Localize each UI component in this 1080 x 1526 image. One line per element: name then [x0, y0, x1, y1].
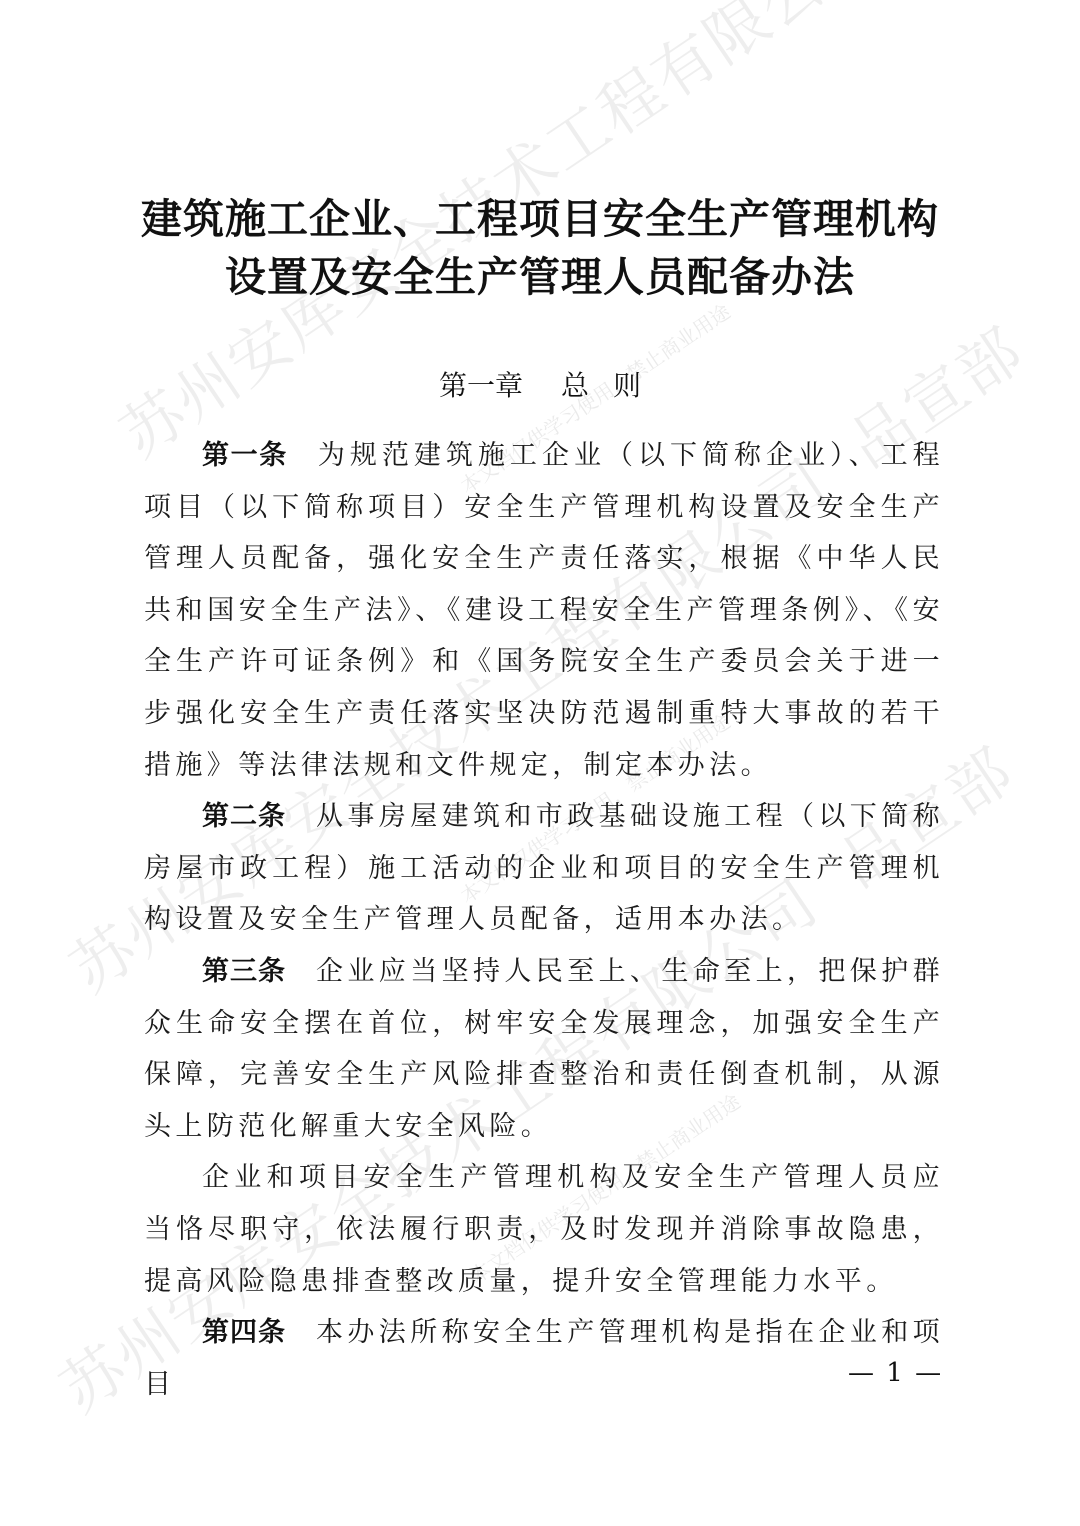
article-2: 第二条从事房屋建筑和市政基础设施工程（以下简称房屋市政工程）施工活动的企业和项目…: [144, 791, 944, 946]
document-title-line-2: 设置及安全生产管理人员配备办法: [0, 248, 1080, 306]
article-label: 第二条: [202, 801, 286, 832]
chapter-name-part-2: 则: [613, 369, 641, 402]
document-body: 第一条为规范建筑施工企业（以下简称企业）、工程项目（以下简称项目）安全生产管理机…: [144, 430, 944, 1410]
page-number: — 1 —: [848, 1358, 943, 1388]
document-title: 建筑施工企业、工程项目安全生产管理机构 设置及安全生产管理人员配备办法: [0, 190, 1080, 306]
paragraph-text: 企业和项目安全生产管理机构及安全生产管理人员应当恪尽职守，依法履行职责，及时发现…: [144, 1162, 944, 1296]
article-3: 第三条企业应当坚持人民至上、生命至上，把保护群众生命安全摆在首位，树牢安全发展理…: [144, 946, 944, 1152]
article-4: 第四条本办法所称安全生产管理机构是指在企业和项目: [144, 1307, 944, 1410]
article-text: 为规范建筑施工企业（以下简称企业）、工程项目（以下简称项目）安全生产管理机构设置…: [144, 440, 944, 781]
article-label: 第三条: [202, 956, 286, 987]
chapter-name-part-1: 总: [561, 369, 589, 402]
chapter-number: 第一章: [439, 369, 523, 402]
chapter-heading: 第一章总则: [0, 366, 1080, 406]
document-title-line-1: 建筑施工企业、工程项目安全生产管理机构: [0, 190, 1080, 248]
article-label: 第一条: [202, 440, 288, 471]
article-3-paragraph-2: 企业和项目安全生产管理机构及安全生产管理人员应当恪尽职守，依法履行职责，及时发现…: [144, 1152, 944, 1307]
article-1: 第一条为规范建筑施工企业（以下简称企业）、工程项目（以下简称项目）安全生产管理机…: [144, 430, 944, 791]
document-page: 苏州安库安全技术工程有限公司 品宣部 苏州安库安全技术工程有限公司 品宣部 苏州…: [0, 0, 1080, 1526]
article-label: 第四条: [202, 1317, 286, 1348]
